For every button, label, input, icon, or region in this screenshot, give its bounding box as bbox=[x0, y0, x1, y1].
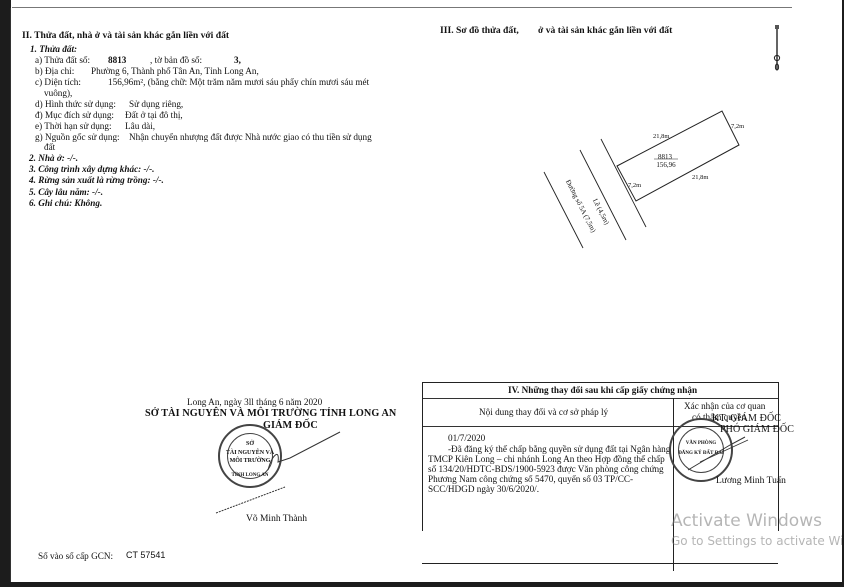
confirm-signer-name: Lương Minh Tuấn bbox=[716, 476, 786, 487]
activate-windows-link[interactable]: Go to Settings to activate Windows. bbox=[671, 534, 844, 548]
viewer-bottom-bar bbox=[0, 582, 844, 587]
signature-strokes-right bbox=[0, 0, 844, 587]
activate-windows-title: Activate Windows bbox=[671, 511, 822, 531]
